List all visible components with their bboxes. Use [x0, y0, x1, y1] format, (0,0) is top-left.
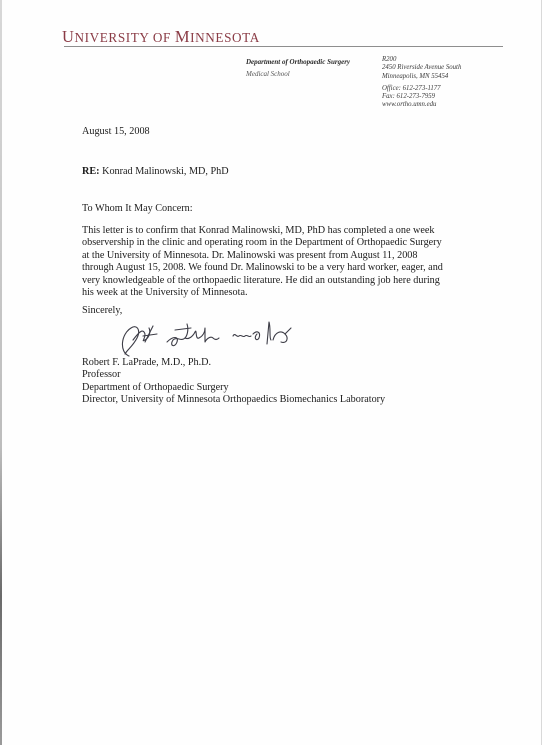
department-name: Department of Orthopaedic Surgery [246, 56, 350, 68]
title-rest-2: INNESOTA [190, 30, 260, 45]
body-line: observership in the clinic and operating… [82, 237, 443, 249]
title-cap-m: M [175, 27, 190, 46]
department-block: Department of Orthopaedic Surgery Medica… [246, 56, 350, 80]
university-title: UNIVERSITY OF MINNESOTA [62, 27, 260, 47]
title-rest-1: NIVERSITY OF [75, 30, 175, 45]
body-paragraph: This letter is to confirm that Konrad Ma… [82, 225, 443, 299]
body-line: at the University of Minnesota. Dr. Mali… [82, 250, 443, 262]
body-line: This letter is to confirm that Konrad Ma… [82, 225, 443, 237]
closing: Sincerely, [82, 305, 122, 317]
handwritten-signature-icon [115, 318, 305, 360]
school-name: Medical School [246, 68, 350, 80]
address-suite: R200 [382, 56, 461, 64]
letter-date: August 15, 2008 [82, 126, 150, 138]
salutation: To Whom It May Concern: [82, 203, 193, 215]
signatory-name: Robert F. LaPrade, M.D., Ph.D. [82, 357, 385, 369]
body-line: his week at the University of Minnesota. [82, 287, 443, 299]
header-divider [64, 46, 503, 47]
re-subject: Konrad Malinowski, MD, PhD [100, 166, 229, 177]
body-line: very knowledgeable of the orthopaedic li… [82, 275, 443, 287]
address-block: R200 2450 Riverside Avenue South Minneap… [382, 56, 461, 110]
signatory-title: Professor [82, 369, 385, 381]
re-label: RE: [82, 166, 100, 177]
address-street: 2450 Riverside Avenue South [382, 64, 461, 72]
website: www.ortho.umn.edu [382, 101, 461, 109]
address-city: Minneapolis, MN 55454 [382, 73, 461, 81]
fax-number: Fax: 612-273-7959 [382, 93, 461, 101]
signatory-department: Department of Orthopaedic Surgery [82, 382, 385, 394]
letter-page: UNIVERSITY OF MINNESOTA Department of Or… [0, 0, 542, 745]
signatory-block: Robert F. LaPrade, M.D., Ph.D. Professor… [82, 357, 385, 407]
scan-edge-left [0, 0, 2, 745]
title-cap-u: U [62, 27, 75, 46]
body-line: through August 15, 2008. We found Dr. Ma… [82, 262, 443, 274]
re-line: RE: Konrad Malinowski, MD, PhD [82, 166, 229, 178]
signatory-role: Director, University of Minnesota Orthop… [82, 394, 385, 406]
office-phone: Office: 612-273-1177 [382, 85, 461, 93]
